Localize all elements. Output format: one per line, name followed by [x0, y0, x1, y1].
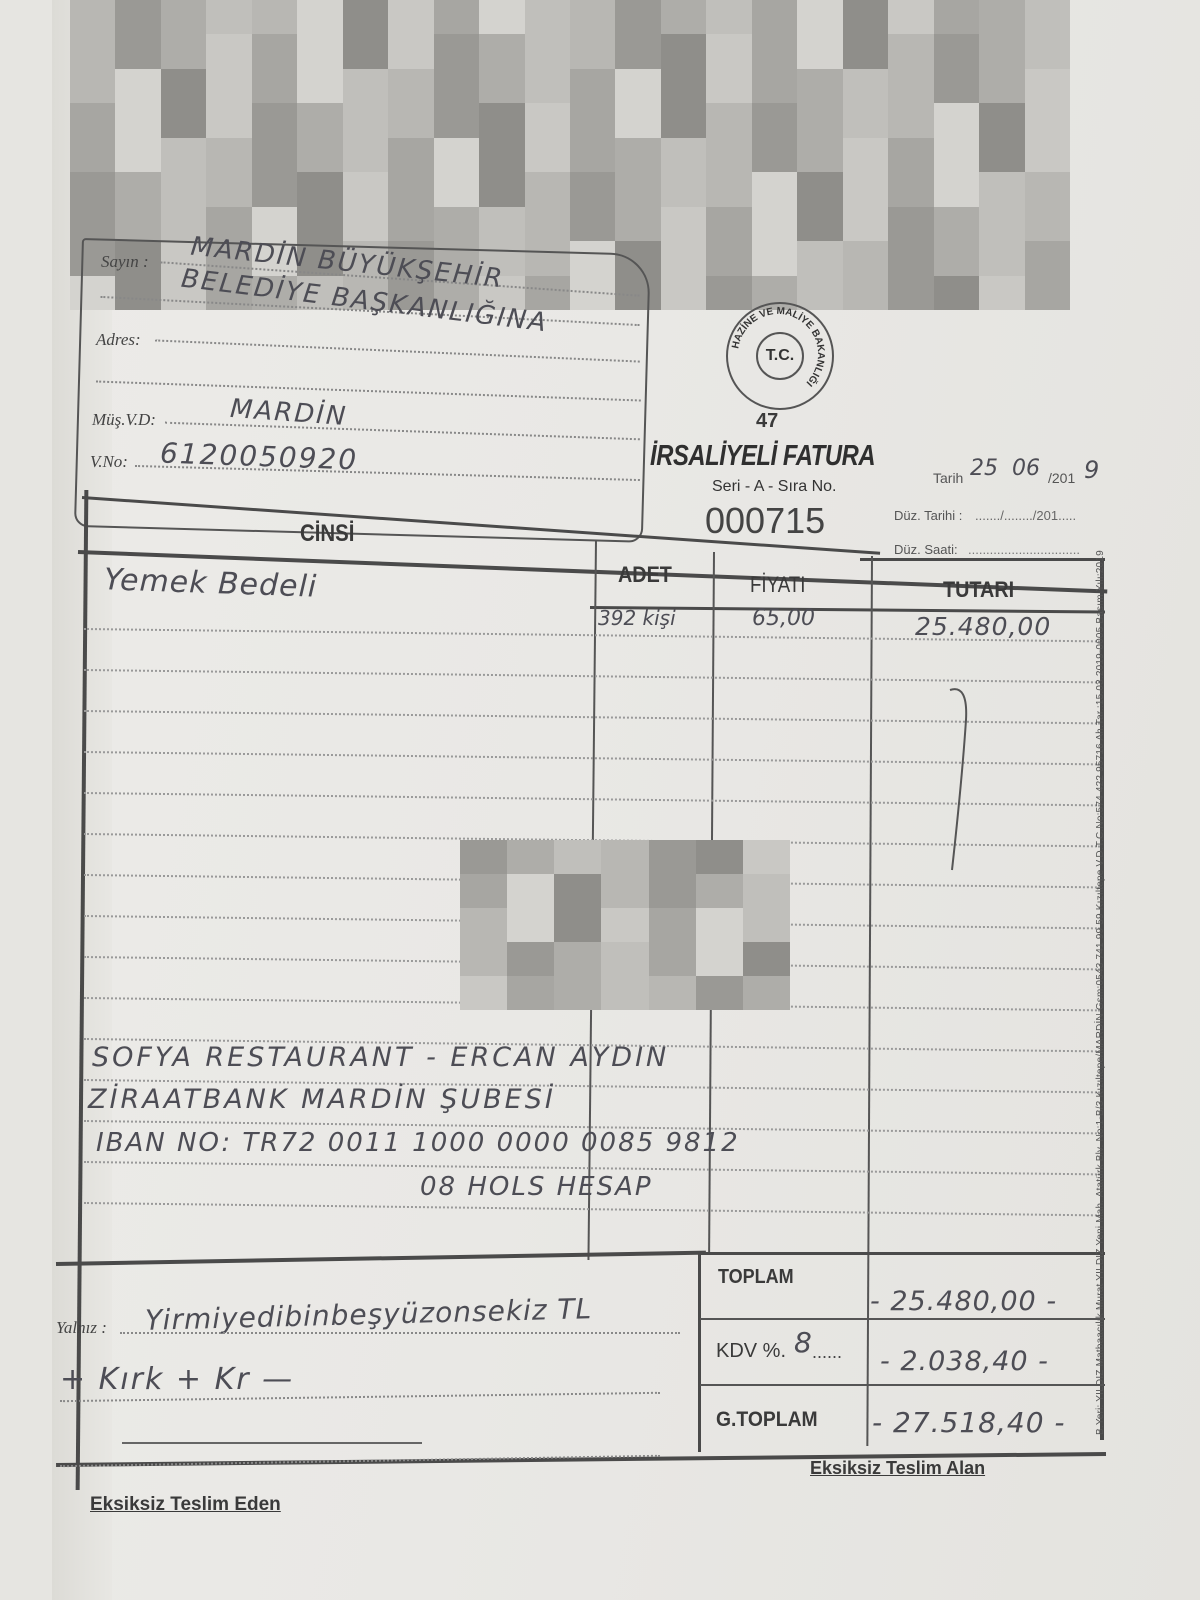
duz-saati-value: ............................... — [968, 542, 1080, 557]
seal-center: T.C. — [756, 332, 804, 380]
yalniz-dotline-1 — [120, 1332, 680, 1334]
date-year-suffix: 9 — [1084, 456, 1099, 484]
kdv-value: - 2.038,40 - — [880, 1346, 1049, 1377]
totals-top-border-right — [700, 1252, 1105, 1255]
gtoplam-label: G.TOPLAM — [716, 1408, 818, 1432]
item-unit-price: 65,00 — [752, 606, 815, 631]
toplam-label: TOPLAM — [718, 1266, 794, 1289]
ministry-seal: HAZİNE VE MALİYE BAKANLIĞI T.C. — [726, 302, 834, 410]
amount-words-line2: + Kırk + Kr — — [60, 1362, 294, 1397]
invoice-number: 000715 — [705, 500, 825, 542]
item-description: Yemek Bedeli — [103, 562, 317, 604]
kdv-label-suffix: ...... — [812, 1342, 842, 1363]
date-label: Tarih — [933, 470, 963, 486]
note-line-4: 08 HOLS HESAP — [420, 1172, 653, 1202]
date-month: 06 — [1012, 456, 1040, 481]
item-quantity: 392 kişi — [598, 606, 676, 630]
seal-number: 47 — [756, 410, 778, 433]
item-total: 25.480,00 — [915, 612, 1051, 641]
duz-tarihi-label: Düz. Tarihi : — [894, 508, 962, 523]
received-by-label: Eksiksiz Teslim Alan — [810, 1458, 985, 1479]
yalniz-label: Yalnız : — [56, 1318, 107, 1338]
gtoplam-value: - 27.518,40 - — [872, 1406, 1066, 1439]
vd-label: Müş.V.D: — [92, 410, 156, 430]
redacted-middle-stamp — [460, 840, 790, 1010]
handwritten-bracket-mark — [930, 680, 990, 880]
vno-label: V.No: — [90, 452, 128, 472]
note-line-3-iban: IBAN NO: TR72 0011 1000 0000 0085 9812 — [96, 1128, 740, 1158]
signature-stroke — [122, 1442, 422, 1444]
column-header-fiyati: FİYATI — [750, 572, 805, 598]
invoice-title: İRSALİYELİ FATURA — [650, 440, 875, 473]
toplam-value: - 25.480,00 - — [870, 1286, 1057, 1317]
tutari-header-top — [860, 558, 1105, 561]
totals-left-border — [698, 1252, 701, 1452]
column-header-tutari: TUTARI — [943, 577, 1014, 603]
series-label: Seri - A - Sıra No. — [712, 478, 836, 496]
column-header-adet: ADET — [618, 562, 672, 588]
duz-saati-label: Düz. Saati: — [894, 542, 958, 557]
note-line-2: ZİRAATBANK MARDİN ŞUBESİ — [88, 1084, 556, 1115]
adres-label: Adres: — [96, 330, 141, 350]
kdv-rate: 8 — [794, 1326, 812, 1359]
duz-tarihi-value: ......./......../201..... — [975, 508, 1076, 523]
date-year-prefix: /201 — [1048, 470, 1075, 486]
date-day: 25 — [970, 456, 998, 481]
totals-divider-2 — [700, 1384, 1105, 1386]
column-header-cinsi: CİNSİ — [300, 520, 354, 548]
note-line-1: SOFYA RESTAURANT - ERCAN AYDIN — [92, 1042, 669, 1073]
totals-divider-1 — [700, 1318, 1105, 1320]
kdv-label-prefix: KDV %. — [716, 1340, 786, 1363]
delivered-by-label: Eksiksiz Teslim Eden — [90, 1494, 281, 1516]
printer-info-vertical: B.Yeri: YILDIZ Matbaacılık Murat YILDIZ … — [1095, 550, 1106, 1435]
sayin-label: Sayın : — [101, 252, 149, 272]
